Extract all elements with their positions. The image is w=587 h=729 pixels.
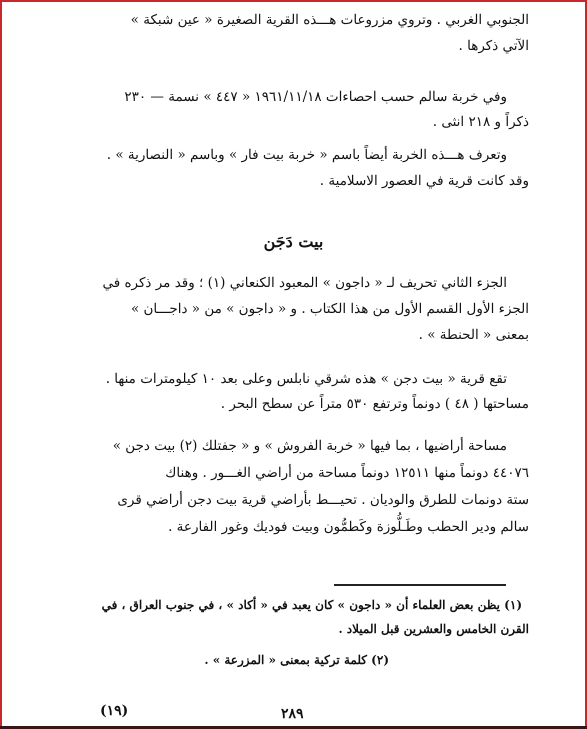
footnote-2: (٢) كلمة تركية بمعنى « المزرعة » . xyxy=(204,651,389,669)
section-heading: بيت دَجَن xyxy=(0,232,587,251)
text-line: الآتي ذكرها . xyxy=(459,36,529,56)
text-line: ستة دونمات للطرق والوديان . تحيـــط بأرا… xyxy=(117,490,529,510)
text-line: الجزء الثاني تحريف لـ « داجون » المعبود … xyxy=(102,273,507,293)
text-line: وفي خربة سالم حسب احصاءات ١٩٦١/١١/١٨ « ٤… xyxy=(124,87,507,107)
text-line: الجزء الأول القسم الأول من هذا الكتاب . … xyxy=(131,299,529,319)
text-line: ٤٤٠٧٦ دونماً منها ١٢٥١١ دونماً مساحة من … xyxy=(165,463,529,483)
text-line: ذكراً و ٢١٨ انثى . xyxy=(433,112,529,132)
page-number: ٢٨٩ xyxy=(281,706,304,722)
text-line: وتعرف هـــذه الخربة أيضاً باسم « خربة بي… xyxy=(107,145,507,165)
text-line: وقد كانت قرية في العصور الاسلامية . xyxy=(320,171,529,191)
text-line: سالم ودير الحطب وطَـلُّوزة وكَطمُّون وبي… xyxy=(168,517,529,537)
text-line: مساحة أراضيها ، بما فيها « خربة الفروش »… xyxy=(113,436,507,456)
text-line: مساحتها ( ٤٨ ) دونماً وترتفع ٥٣٠ متراً ع… xyxy=(221,394,529,414)
text-line: الجنوبي الغربي . وتروي مزروعات هـــذه ال… xyxy=(131,10,529,30)
footnote-1: (١) يظن بعض العلماء أن « داجون » كان يعب… xyxy=(102,596,522,614)
footnote-separator xyxy=(334,584,506,586)
footnote-1-cont: القرن الخامس والعشرين قبل الميلاد . xyxy=(338,620,529,638)
text-line: تقع قرية « بيت دجن » هذه شرقي نابلس وعلى… xyxy=(106,369,507,389)
signature-mark: (١٩) xyxy=(100,703,128,719)
text-line: بمعنى « الحنطة » . xyxy=(419,325,529,345)
